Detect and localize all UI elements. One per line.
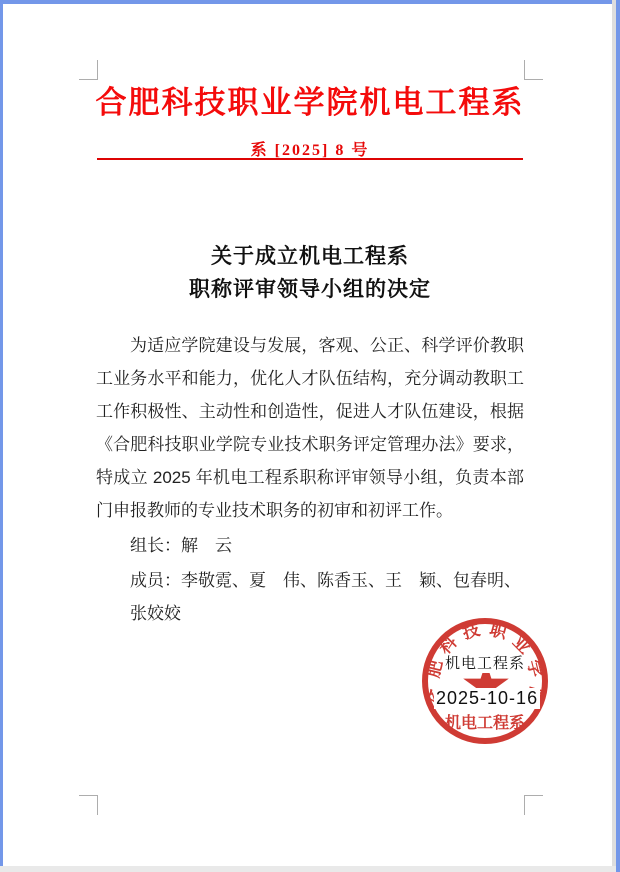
body-paragraph: 为适应学院建设与发展，客观、公正、科学评价教职工业务水平和能力，优化人才队伍结构… [96,329,524,527]
official-seal: 合肥科技职业学院 机电工程系 [422,618,548,744]
signature-department: 机电工程系 [444,655,526,673]
document-title-line1: 关于成立机电工程系 [0,240,620,273]
letterhead-title: 合肥科技职业学院机电工程系 [0,86,620,120]
window-border-top [0,0,620,4]
document-number: 系 [2025] 8 号 [0,137,620,160]
seal-bottom-text: 机电工程系 [445,713,525,732]
crop-mark-bottom-left [79,795,98,815]
document-window: 合肥科技职业学院机电工程系 系 [2025] 8 号 关于成立机电工程系 职称评… [0,0,620,872]
window-border-bottom [0,866,620,872]
crop-mark-top-right [524,60,543,80]
red-separator-line [97,158,523,160]
document-title: 关于成立机电工程系 职称评审领导小组的决定 [0,240,620,306]
crop-mark-bottom-right [524,795,543,815]
window-border-left [0,0,3,866]
document-body: 为适应学院建设与发展，客观、公正、科学评价教职工业务水平和能力，优化人才队伍结构… [96,329,524,630]
signature-date: 2025-10-16 [434,688,540,709]
crop-mark-top-left [79,60,98,80]
leader-line: 组长：解 云 [96,529,524,562]
document-title-line2: 职称评审领导小组的决定 [0,273,620,306]
window-border-right [616,0,620,872]
